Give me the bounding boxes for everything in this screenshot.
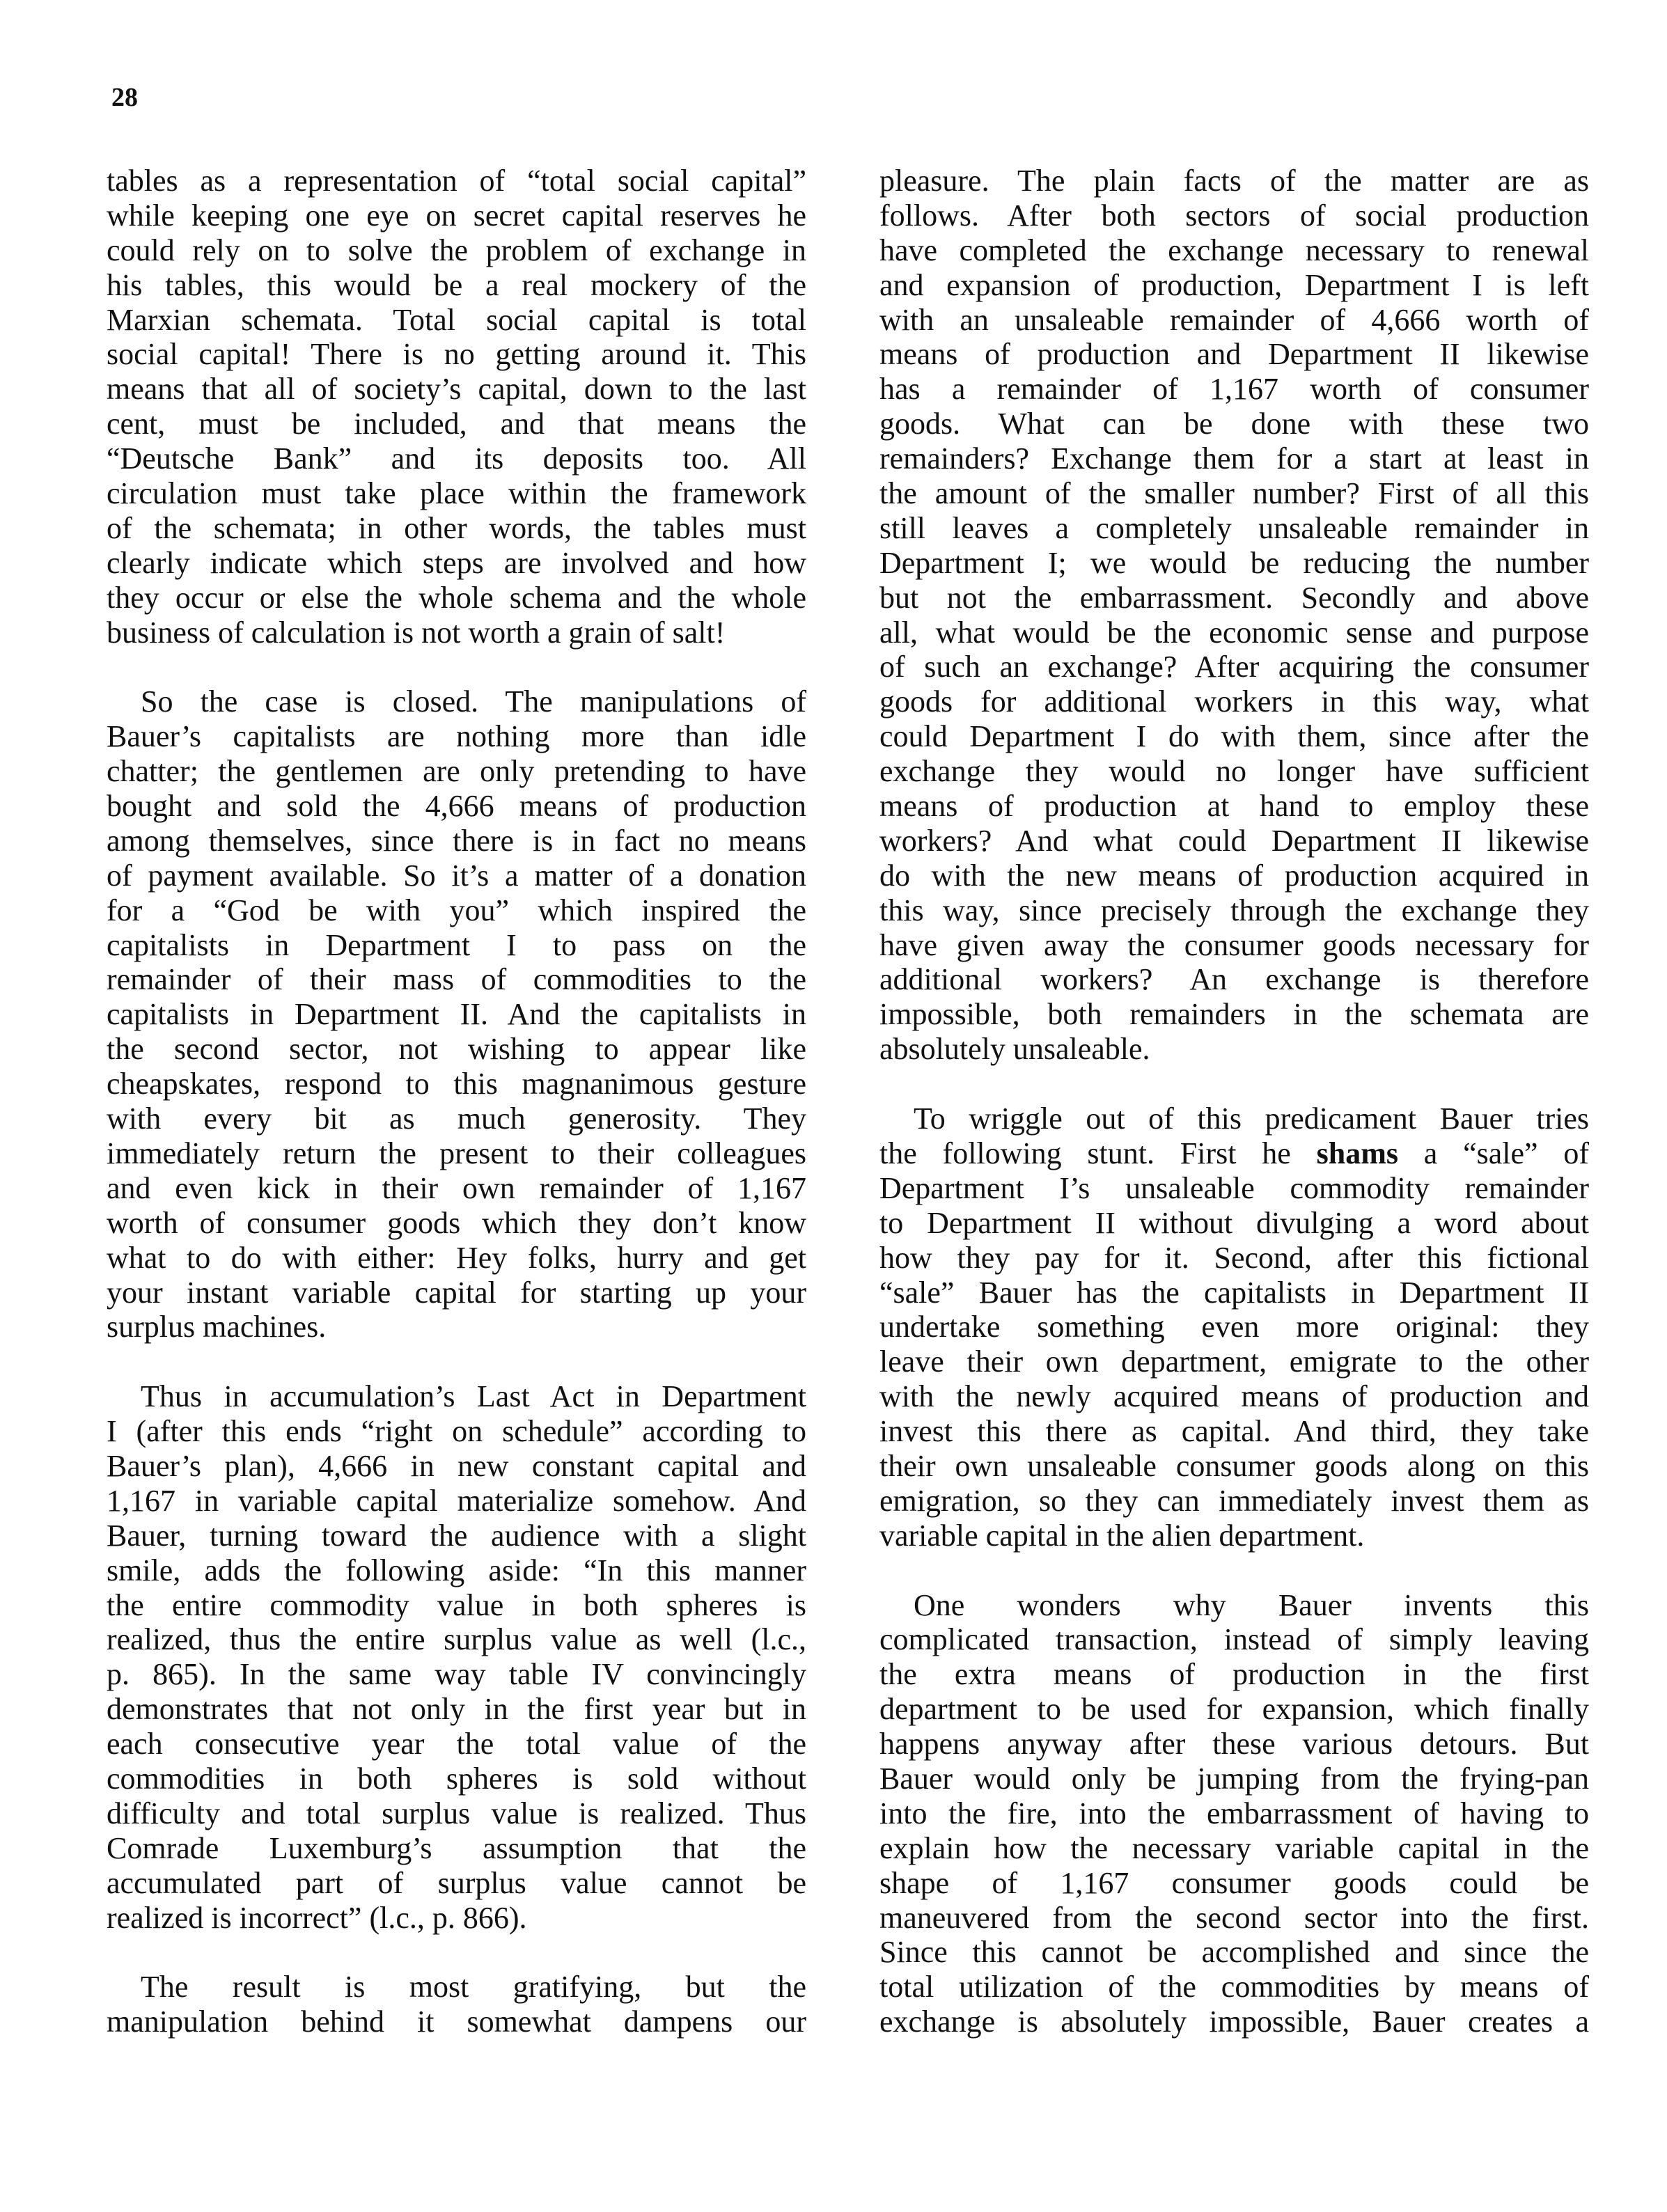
text-line: exchange is absolutely impossible, Bauer… <box>879 2005 1589 2039</box>
text-line: into the fire, into the embarrassment of… <box>879 1796 1589 1831</box>
text-line: goods. What can be done with these two <box>879 407 1589 441</box>
right-text-column: pleasure. The plain facts of the matter … <box>879 164 1589 2074</box>
text-line: with the newly acquired means of product… <box>879 1379 1589 1414</box>
text-line: of such an exchange? After acquiring the… <box>879 650 1589 684</box>
text-line: but not the embarrassment. Secondly and … <box>879 581 1589 615</box>
text-line: bought and sold the 4,666 means of produ… <box>107 789 806 824</box>
text-line: realized is incorrect” (l.c., p. 866). <box>107 1901 806 1936</box>
text-line: Department I’s unsaleable commodity rema… <box>879 1171 1589 1206</box>
text-line: manipulation behind it somewhat dampens … <box>107 2005 806 2039</box>
text-line: accumulated part of surplus value cannot… <box>107 1866 806 1901</box>
text-line: social capital! There is no getting arou… <box>107 337 806 372</box>
text-line: his tables, this would be a real mockery… <box>107 268 806 303</box>
text-line: complicated transaction, instead of simp… <box>879 1622 1589 1657</box>
text-line: 1,167 in variable capital materialize so… <box>107 1484 806 1519</box>
paragraph-left-2: So the case is closed. The manipulations… <box>107 684 806 1344</box>
text-line: surplus machines. <box>107 1310 806 1344</box>
text-line: have completed the exchange necessary to… <box>879 233 1589 268</box>
text-line: happens anyway after these various detou… <box>879 1727 1589 1762</box>
text-line: means of production and Department II li… <box>879 337 1589 372</box>
paragraph-left-3: Thus in accumulation’s Last Act in Depar… <box>107 1379 806 1935</box>
text-line: Since this cannot be accomplished and si… <box>879 1935 1589 1970</box>
text-line: maneuvered from the second sector into t… <box>879 1901 1589 1936</box>
text-line: while keeping one eye on secret capital … <box>107 198 806 233</box>
text-line: “Deutsche Bank” and its deposits too. Al… <box>107 441 806 476</box>
text-line: all, what would be the economic sense an… <box>879 615 1589 650</box>
text-line: smile, adds the following aside: “In thi… <box>107 1553 806 1588</box>
text-line: shape of 1,167 consumer goods could be <box>879 1866 1589 1901</box>
text-line: have given away the consumer goods neces… <box>879 928 1589 963</box>
text-line: absolutely unsaleable. <box>879 1032 1589 1067</box>
text-line: do with the new means of production acqu… <box>879 858 1589 893</box>
text-line: capitalists in Department I to pass on t… <box>107 928 806 963</box>
text-line: Thus in accumulation’s Last Act in Depar… <box>107 1379 806 1414</box>
text-line: worth of consumer goods which they don’t… <box>107 1206 806 1241</box>
text-line: Marxian schemata. Total social capital i… <box>107 303 806 338</box>
text-line: remainder of their mass of commodities t… <box>107 962 806 997</box>
text-line: tables as a representation of “total soc… <box>107 164 806 198</box>
text-line: with an unsaleable remainder of 4,666 wo… <box>879 303 1589 338</box>
text-line: circulation must take place within the f… <box>107 476 806 511</box>
text-line: immediately return the present to their … <box>107 1136 806 1171</box>
text-line: of the schemata; in other words, the tab… <box>107 511 806 546</box>
text-line: leave their own department, emigrate to … <box>879 1344 1589 1379</box>
text-line: Comrade Luxemburg’s assumption that the <box>107 1831 806 1866</box>
left-text-column: tables as a representation of “total soc… <box>107 164 806 2074</box>
text-line: workers? And what could Department II li… <box>879 824 1589 858</box>
text-line: Bauer would only be jumping from the fry… <box>879 1762 1589 1796</box>
text-line: chatter; the gentlemen are only pretendi… <box>107 754 806 789</box>
text-line: exchange they would no longer have suffi… <box>879 754 1589 789</box>
text-line: Department I; we would be reducing the n… <box>879 546 1589 581</box>
text-line: remainders? Exchange them for a start at… <box>879 441 1589 476</box>
text-line: business of calculation is not worth a g… <box>107 615 806 650</box>
text-line: among themselves, since there is in fact… <box>107 824 806 858</box>
text-line: invest this there as capital. And third,… <box>879 1414 1589 1449</box>
text-line: cheapskates, respond to this magnanimous… <box>107 1067 806 1101</box>
text-line: the extra means of production in the fir… <box>879 1657 1589 1692</box>
text-line: how they pay for it. Second, after this … <box>879 1241 1589 1276</box>
text-line: Bauer, turning toward the audience with … <box>107 1519 806 1553</box>
text-line: explain how the necessary variable capit… <box>879 1831 1589 1866</box>
text-line: means that all of society’s capital, dow… <box>107 372 806 407</box>
text-line: One wonders why Bauer invents this <box>879 1588 1589 1623</box>
text-line: cent, must be included, and that means t… <box>107 407 806 441</box>
text-line: means of production at hand to employ th… <box>879 789 1589 824</box>
text-line: capitalists in Department II. And the ca… <box>107 997 806 1032</box>
text-line: the amount of the smaller number? First … <box>879 476 1589 511</box>
text-line: of payment available. So it’s a matter o… <box>107 858 806 893</box>
text-line: has a remainder of 1,167 worth of consum… <box>879 372 1589 407</box>
text-line: To wriggle out of this predicament Bauer… <box>879 1101 1589 1136</box>
text-line: could Department I do with them, since a… <box>879 719 1589 754</box>
text-line: variable capital in the alien department… <box>879 1519 1589 1553</box>
text-line: difficulty and total surplus value is re… <box>107 1796 806 1831</box>
page-number: 28 <box>111 82 138 113</box>
text-line: Bauer’s capitalists are nothing more tha… <box>107 719 806 754</box>
text-line: commodities in both spheres is sold with… <box>107 1762 806 1796</box>
paragraph-right-3: One wonders why Bauer invents this compl… <box>879 1588 1589 2040</box>
text-line: total utilization of the commodities by … <box>879 1970 1589 2005</box>
text-line: their own unsaleable consumer goods alon… <box>879 1449 1589 1484</box>
text-line: follows. After both sectors of social pr… <box>879 198 1589 233</box>
text-line-with-emphasis: the following stunt. First he shams a “s… <box>879 1136 1589 1171</box>
text-line: each consecutive year the total value of… <box>107 1727 806 1762</box>
text-line: and expansion of production, Department … <box>879 268 1589 303</box>
text-line: goods for additional workers in this way… <box>879 684 1589 719</box>
text-line: this way, since precisely through the ex… <box>879 893 1589 928</box>
text-line: to Department II without divulging a wor… <box>879 1206 1589 1241</box>
text-line: realized, thus the entire surplus value … <box>107 1622 806 1657</box>
text-line: still leaves a completely unsaleable rem… <box>879 511 1589 546</box>
text-line: pleasure. The plain facts of the matter … <box>879 164 1589 198</box>
bold-emphasis: shams <box>1317 1136 1398 1170</box>
text-line: they occur or else the whole schema and … <box>107 581 806 615</box>
text-line: undertake something even more original: … <box>879 1310 1589 1344</box>
text-line: demonstrates that not only in the first … <box>107 1692 806 1727</box>
text-line: your instant variable capital for starti… <box>107 1276 806 1310</box>
text-segment: a “sale” of <box>1398 1136 1589 1170</box>
text-line: “sale” Bauer has the capitalists in Depa… <box>879 1276 1589 1310</box>
text-line: for a “God be with you” which inspired t… <box>107 893 806 928</box>
text-line: department to be used for expansion, whi… <box>879 1692 1589 1727</box>
paragraph-left-1: tables as a representation of “total soc… <box>107 164 806 650</box>
paragraph-right-2: To wriggle out of this predicament Bauer… <box>879 1101 1589 1553</box>
text-line: I (after this ends “right on schedule” a… <box>107 1414 806 1449</box>
text-line: the entire commodity value in both spher… <box>107 1588 806 1623</box>
text-line: Bauer’s plan), 4,666 in new constant cap… <box>107 1449 806 1484</box>
paragraph-left-4: The result is most gratifying, but the m… <box>107 1970 806 2039</box>
text-line: impossible, both remainders in the schem… <box>879 997 1589 1032</box>
text-line: p. 865). In the same way table IV convin… <box>107 1657 806 1692</box>
paragraph-right-1: pleasure. The plain facts of the matter … <box>879 164 1589 1067</box>
text-line: emigration, so they can immediately inve… <box>879 1484 1589 1519</box>
text-line: clearly indicate which steps are involve… <box>107 546 806 581</box>
text-segment: the following stunt. First he <box>879 1136 1317 1170</box>
text-line: with every bit as much generosity. They <box>107 1101 806 1136</box>
text-line: and even kick in their own remainder of … <box>107 1171 806 1206</box>
text-line: additional workers? An exchange is there… <box>879 962 1589 997</box>
text-line: The result is most gratifying, but the <box>107 1970 806 2005</box>
text-line: what to do with either: Hey folks, hurry… <box>107 1241 806 1276</box>
text-line: the second sector, not wishing to appear… <box>107 1032 806 1067</box>
text-line: could rely on to solve the problem of ex… <box>107 233 806 268</box>
text-line: So the case is closed. The manipulations… <box>107 684 806 719</box>
